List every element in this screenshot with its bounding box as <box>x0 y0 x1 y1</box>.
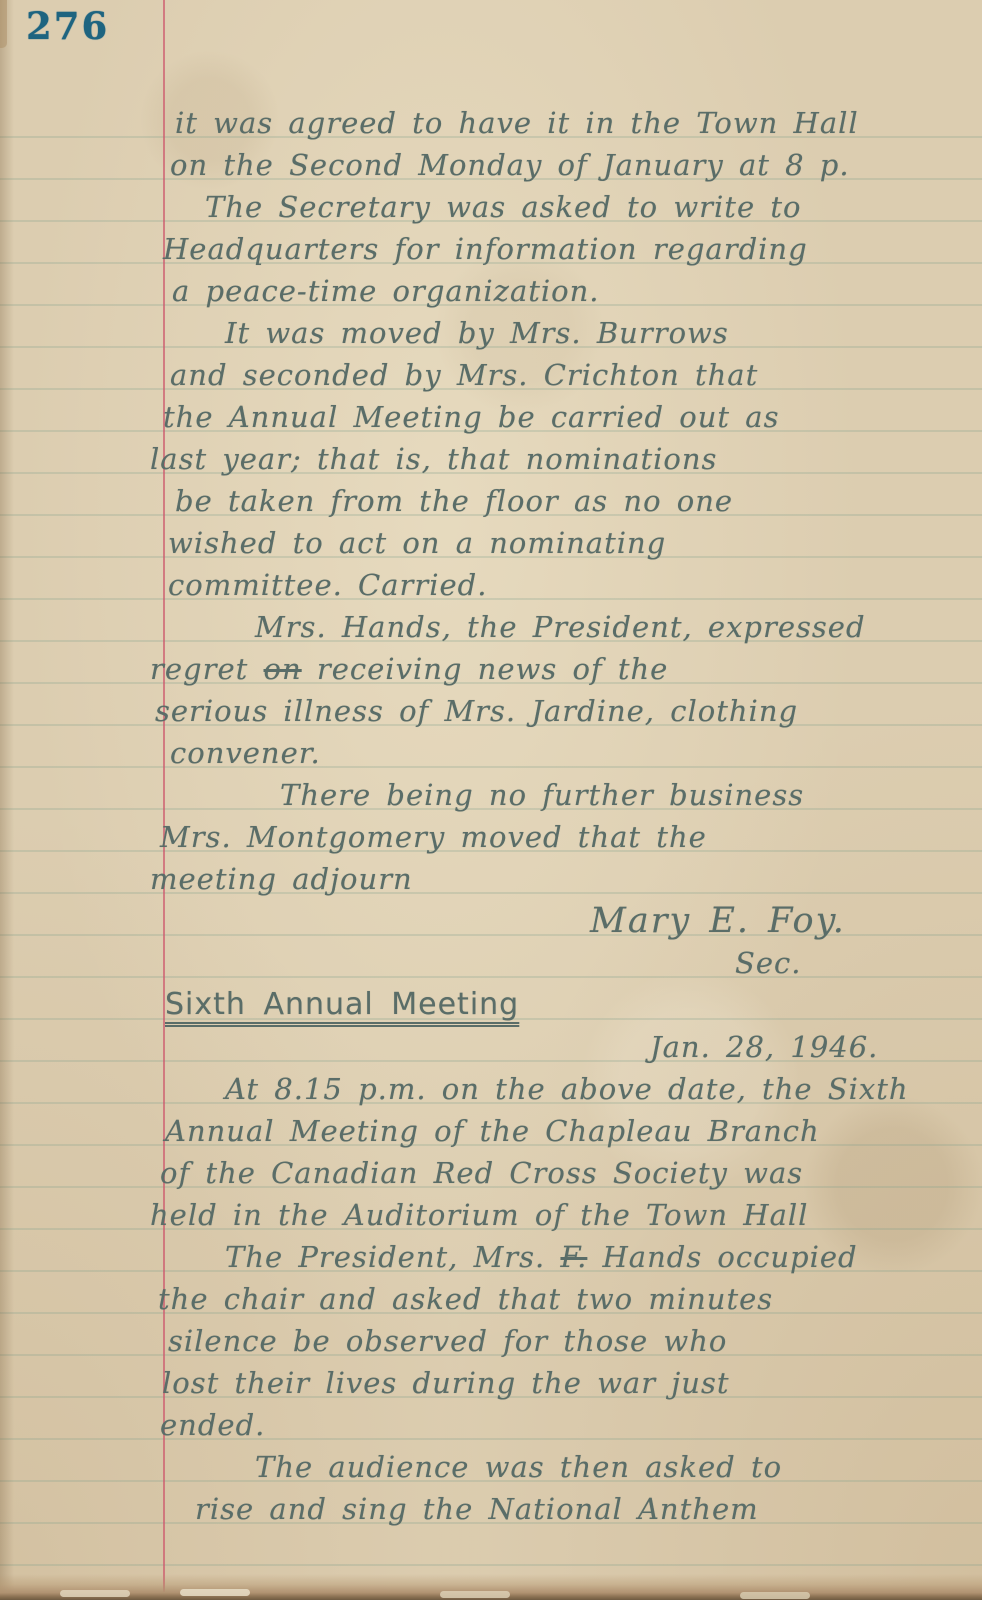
handwriting-text: serious illness of Mrs. Jardine, clothin… <box>155 694 798 728</box>
handwriting-line: silence be observed for those who <box>0 1320 982 1362</box>
handwriting-line: There being no further business <box>0 774 982 816</box>
handwriting-line: the chair and asked that two minutes <box>0 1278 982 1320</box>
handwriting-line: a peace-time organization. <box>0 270 982 312</box>
handwriting-text: of the Canadian Red Cross Society was <box>160 1156 803 1190</box>
handwriting-text: Sixth Annual Meeting <box>165 987 519 1022</box>
handwriting-line: Mrs. Hands, the President, expressed <box>0 606 982 648</box>
handwriting-text: meeting adjourn <box>150 862 413 896</box>
secretary-title: Sec. <box>0 942 982 984</box>
handwriting-text: Mrs. Montgomery moved that the <box>160 820 707 854</box>
struck-word: on <box>264 652 302 686</box>
handwriting-text: be taken from the floor as no one <box>175 484 733 518</box>
handwriting-line: committee. Carried. <box>0 564 982 606</box>
handwriting-text: Headquarters for information regarding <box>163 232 808 266</box>
handwriting-line: meeting adjourn <box>0 858 982 900</box>
handwriting-line: The Secretary was asked to write to <box>0 186 982 228</box>
handwriting-line: ended. <box>0 1404 982 1446</box>
secretary-signature: Mary E. Foy. <box>0 900 982 942</box>
handwriting-text: There being no further business <box>280 778 804 812</box>
handwriting-text: a peace-time organization. <box>172 274 600 308</box>
handwriting-text: Hands occupied <box>587 1240 857 1274</box>
handwriting-text: committee. Carried. <box>168 568 487 602</box>
handwriting-text: The Secretary was asked to write to <box>205 190 801 224</box>
handwriting-line: It was moved by Mrs. Burrows <box>0 312 982 354</box>
handwriting-text: the Annual Meeting be carried out as <box>163 400 779 434</box>
handwriting-line: on the Second Monday of January at 8 p. <box>0 144 982 186</box>
handwriting-text: wished to act on a nominating <box>168 526 666 560</box>
handwriting-line: The audience was then asked to <box>0 1446 982 1488</box>
handwriting-line: regret on receiving news of the <box>0 648 982 690</box>
handwriting-line: the Annual Meeting be carried out as <box>0 396 982 438</box>
paper-edge-left <box>0 0 14 1600</box>
handwriting-lines: it was agreed to have it in the Town Hal… <box>0 102 982 1530</box>
handwriting-line: wished to act on a nominating <box>0 522 982 564</box>
handwriting-text: silence be observed for those who <box>168 1324 727 1358</box>
handwriting-line: At 8.15 p.m. on the above date, the Sixt… <box>0 1068 982 1110</box>
handwriting-line: and seconded by Mrs. Crichton that <box>0 354 982 396</box>
handwriting-text: convener. <box>170 736 321 770</box>
handwriting-line: lost their lives during the war just <box>0 1362 982 1404</box>
handwriting-line: rise and sing the National Anthem <box>0 1488 982 1530</box>
handwriting-text: The President, Mrs. <box>225 1240 560 1274</box>
handwriting-text: receiving news of the <box>302 652 669 686</box>
handwriting-text: on the Second Monday of January at 8 p. <box>170 148 850 182</box>
paper-edge-bottom <box>0 1574 982 1600</box>
handwriting-text: Sec. <box>735 946 802 980</box>
handwriting-line: of the Canadian Red Cross Society was <box>0 1152 982 1194</box>
handwriting-text: rise and sing the National Anthem <box>195 1492 759 1526</box>
section-heading: Sixth Annual Meeting <box>0 984 982 1026</box>
handwriting-text: lost their lives during the war just <box>162 1366 729 1400</box>
handwriting-line: it was agreed to have it in the Town Hal… <box>0 102 982 144</box>
handwriting-text: regret <box>150 652 264 686</box>
handwriting-text: The audience was then asked to <box>255 1450 782 1484</box>
handwriting-line: Mrs. Montgomery moved that the <box>0 816 982 858</box>
handwriting-text: It was moved by Mrs. Burrows <box>225 316 729 350</box>
ledger-page: 276 it was agreed to have it in the Town… <box>0 0 982 1600</box>
struck-word: F. <box>560 1240 587 1274</box>
handwriting-text: held in the Auditorium of the Town Hall <box>150 1198 808 1232</box>
handwriting-line: Headquarters for information regarding <box>0 228 982 270</box>
page-number: 276 <box>26 4 109 48</box>
handwriting-line: Annual Meeting of the Chapleau Branch <box>0 1110 982 1152</box>
handwriting-text: At 8.15 p.m. on the above date, the Sixt… <box>225 1072 909 1106</box>
handwriting-text: last year; that is, that nominations <box>150 442 717 476</box>
handwriting-text: Mrs. Hands, the President, expressed <box>255 610 866 644</box>
handwriting-line: last year; that is, that nominations <box>0 438 982 480</box>
handwriting-text: Mary E. Foy. <box>590 901 846 941</box>
handwriting-line: held in the Auditorium of the Town Hall <box>0 1194 982 1236</box>
handwriting-text: the chair and asked that two minutes <box>158 1282 773 1316</box>
handwriting-text: and seconded by Mrs. Crichton that <box>170 358 758 392</box>
handwriting-text: ended. <box>160 1408 265 1442</box>
handwriting-line: serious illness of Mrs. Jardine, clothin… <box>0 690 982 732</box>
handwriting-text: Jan. 28, 1946. <box>650 1030 878 1064</box>
handwriting-text: it was agreed to have it in the Town Hal… <box>175 106 859 140</box>
handwriting-text: Annual Meeting of the Chapleau Branch <box>165 1114 820 1148</box>
handwriting-line: The President, Mrs. F. Hands occupied <box>0 1236 982 1278</box>
handwriting-line: convener. <box>0 732 982 774</box>
handwriting-line: be taken from the floor as no one <box>0 480 982 522</box>
meeting-date: Jan. 28, 1946. <box>0 1026 982 1068</box>
